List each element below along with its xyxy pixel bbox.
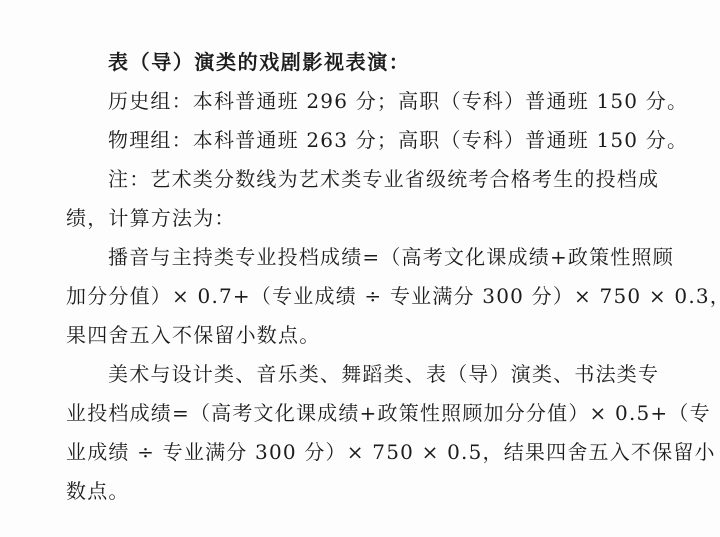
art-formula-line-2: 业投档成绩=（高考文化课成绩+政策性照顾加分分值）× 0.5+（专 [66, 401, 711, 425]
art-formula-line-3: 业成绩 ÷ 专业满分 300 分）× 750 × 0.5，结果四舍五入不保留小 [66, 440, 716, 464]
physics-group-line: 物理组：本科普通班 263 分；高职（专科）普通班 150 分。 [108, 128, 688, 152]
note-line-1: 注：艺术类分数线为艺术类专业省级统考合格考生的投档成 [108, 167, 659, 191]
section-heading: 表（导）演类的戏剧影视表演： [108, 50, 410, 74]
broadcast-formula-line-3: 果四舍五入不保留小数点。 [66, 323, 320, 347]
broadcast-formula-line-1: 播音与主持类专业投档成绩=（高考文化课成绩+政策性照顾 [108, 245, 674, 269]
art-formula-line-1: 美术与设计类、音乐类、舞蹈类、表（导）演类、书法类专 [108, 362, 659, 386]
note-line-2: 绩，计算方法为： [66, 206, 236, 230]
broadcast-formula-line-2: 加分分值）× 0.7+（专业成绩 ÷ 专业满分 300 分）× 750 × 0.… [66, 284, 720, 308]
art-formula-line-4: 数点。 [66, 479, 130, 503]
document-page: 表（导）演类的戏剧影视表演： 历史组：本科普通班 296 分；高职（专科）普通班… [0, 0, 720, 537]
history-group-line: 历史组：本科普通班 296 分；高职（专科）普通班 150 分。 [108, 89, 688, 113]
